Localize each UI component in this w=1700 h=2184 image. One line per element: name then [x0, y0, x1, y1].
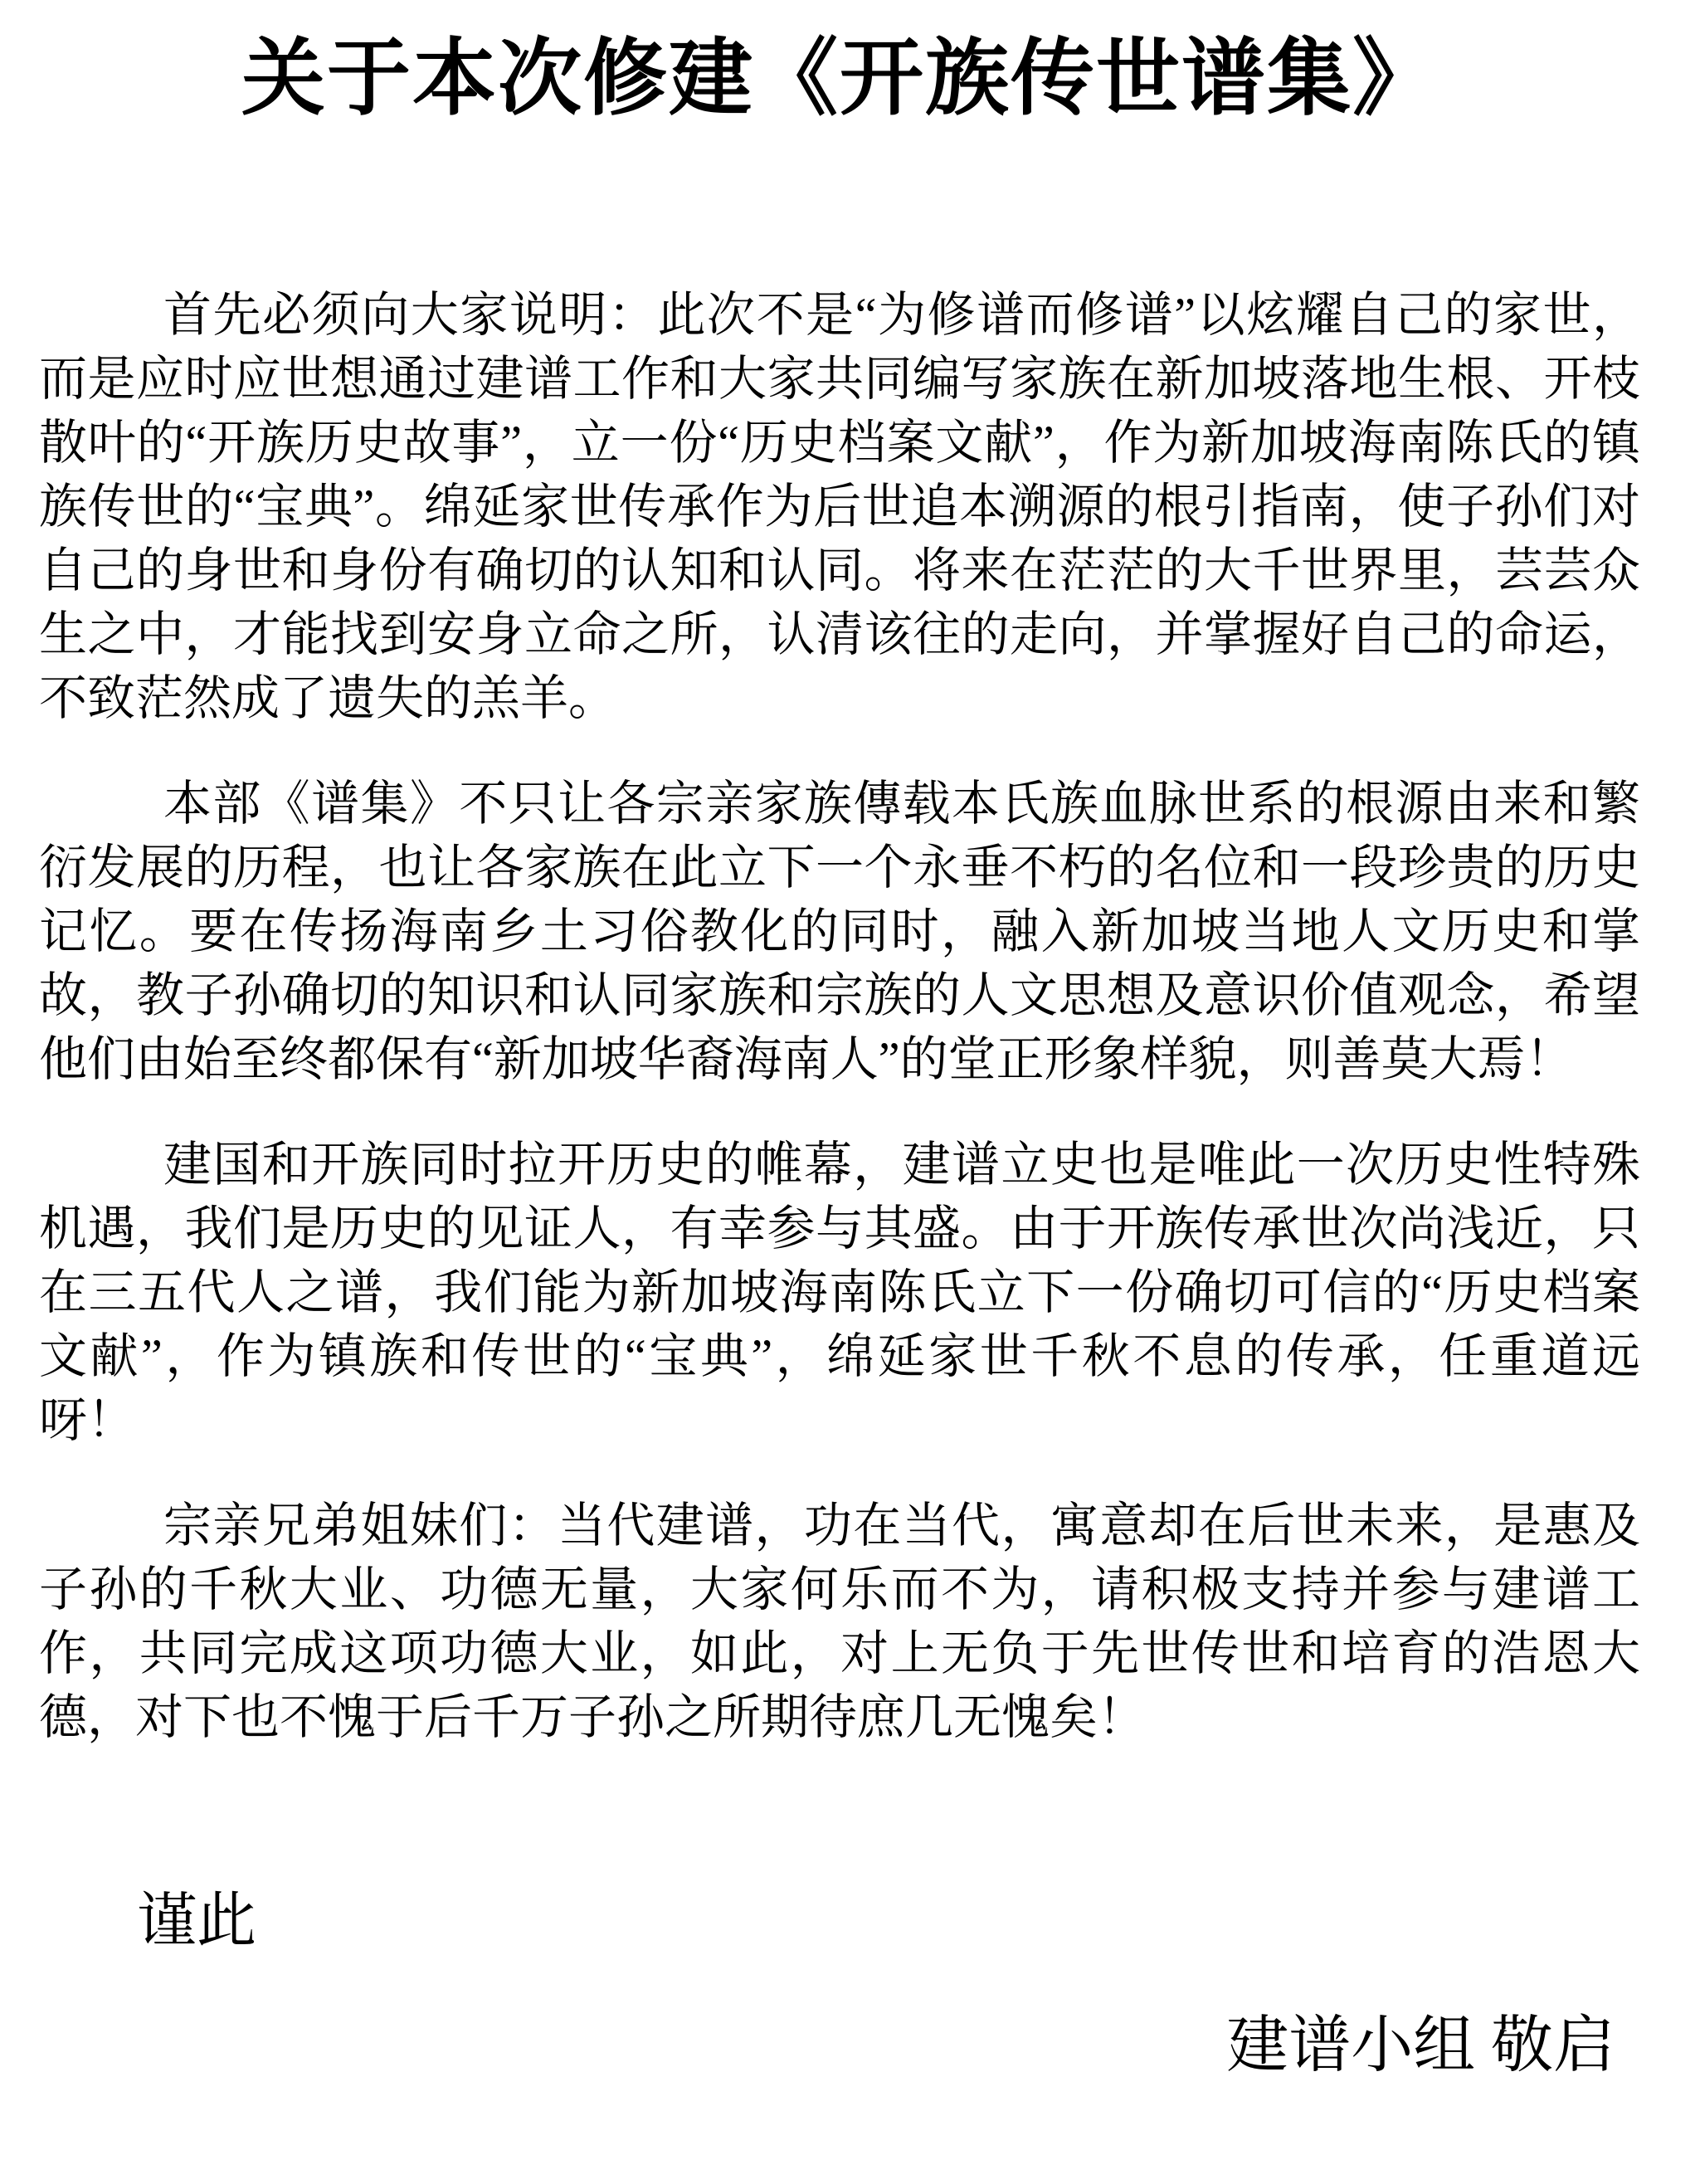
closing-phrase: 谨此: [137, 1882, 1640, 1961]
document-title: 关于本次修建《开族传世谱集》: [39, 23, 1640, 135]
paragraph-appeal: 宗亲兄弟姐妹们：当代建谱，功在当代，寓意却在后世未来，是惠及子孙的千秋大业、功德…: [39, 1494, 1640, 1749]
paragraph-history: 建国和开族同时拉开历史的帷幕，建谱立史也是唯此一次历史性特殊机遇，我们是历史的见…: [39, 1133, 1640, 1452]
paragraph-intro: 首先必须向大家说明：此次不是“为修谱而修谱”以炫耀自己的家世，而是应时应世想通过…: [39, 283, 1640, 730]
document-body: 首先必须向大家说明：此次不是“为修谱而修谱”以炫耀自己的家世，而是应时应世想通过…: [39, 283, 1640, 1749]
signature-line: 建谱小组 敬启: [39, 2006, 1615, 2085]
paragraph-purpose: 本部《谱集》不只让各宗亲家族傳载本氏族血脉世系的根源由来和繁衍发展的历程，也让各…: [39, 772, 1640, 1091]
document-page: 关于本次修建《开族传世谱集》 首先必须向大家说明：此次不是“为修谱而修谱”以炫耀…: [0, 0, 1700, 2184]
